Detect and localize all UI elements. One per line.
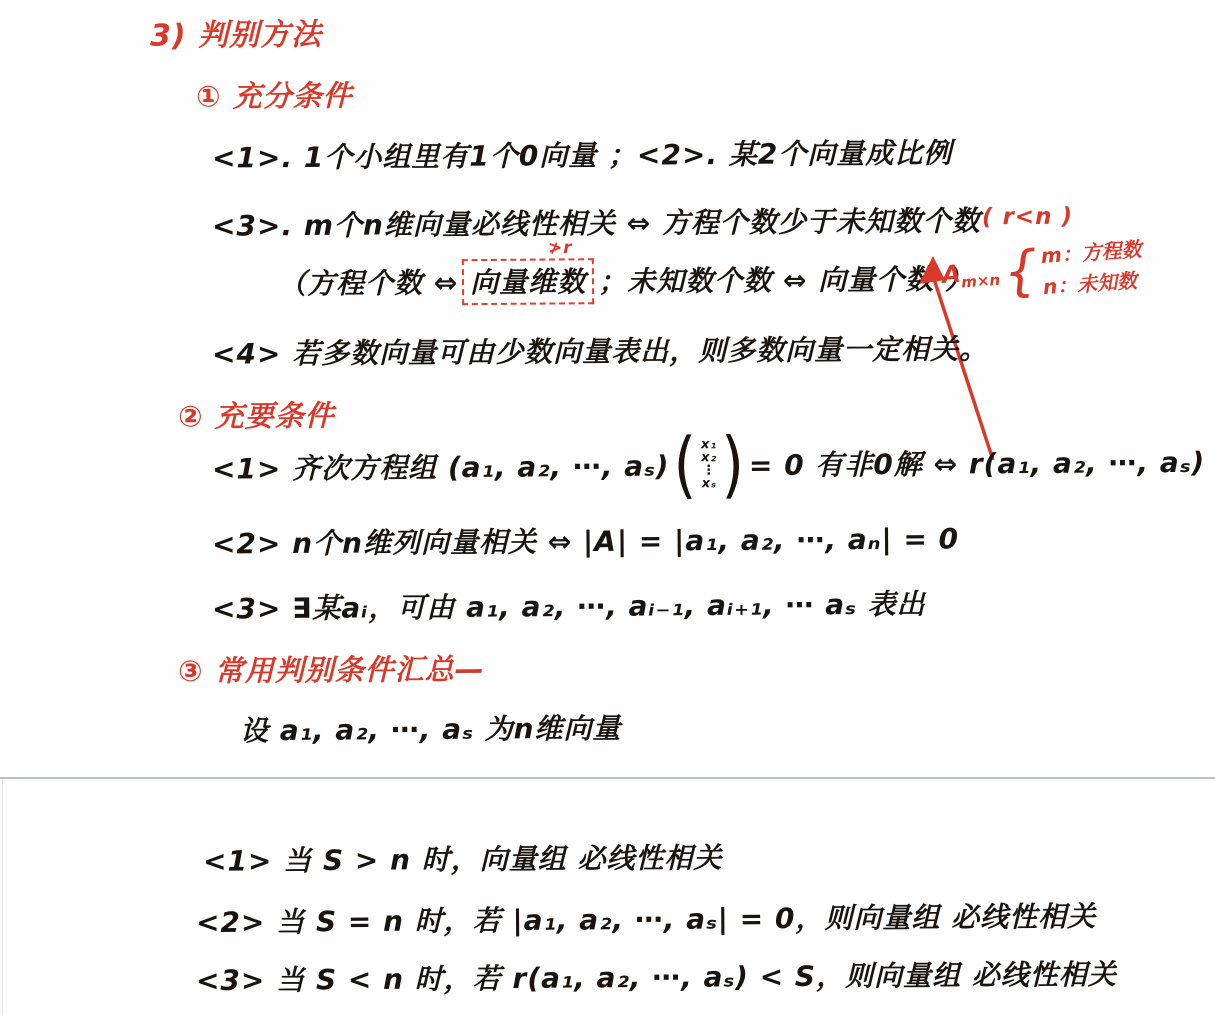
nonzero-solution-text: = 0 有非0解 ⇔ r(a₁, a₂, ⋯, aₛ) < S [749,440,1215,484]
vector-paren-right: ) [721,431,745,496]
n-meaning: n：未知数 [1042,264,1145,300]
column-vector: x₁ x₂ ⋮ xₛ [701,438,717,490]
matrix-legend: m：方程数 n：未知数 [1040,233,1145,300]
summary-setup: 设 a₁, a₂, ⋯, aₛ 为n维向量 [240,707,622,750]
handwritten-notes-page: 3) 判别方法 ① 充分条件 <1>. 1个小组里有1个0向量 ；<2>. 某2… [0,0,1215,1015]
page-divider [0,777,1215,779]
summary-case2: <2> 当 S = n 时，若 |a₁, a₂, ⋯, aₛ| = 0，则向量组… [196,895,1096,941]
m-meaning: m：方程数 [1040,233,1143,269]
summary-case3: <3> 当 S < n 时，若 r(a₁, a₂, ⋯, aₛ) < S，则向量… [196,953,1117,999]
necessary-item1: <1> 齐次方程组 (a₁, a₂, ⋯, aₛ) ( x₁ x₂ ⋮ xₛ )… [212,434,1215,494]
paren-note-line: （方程个数 ⇔向量维数；未知数个数 ⇔ 向量个数 ） [278,256,974,307]
box-correction-mark: ≯r [548,238,573,258]
sufficient-item4: <4> 若多数向量可由少数向量表出，则多数向量一定相关。 [212,327,988,372]
sufficient-item3: <3>. m个n维向量必线性相关 ⇔ 方程个数少于未知数个数 [212,199,981,244]
necessary-item2: <2> n个n维列向量相关 ⇔ |A| = |a₁, a₂, ⋯, aₙ| = … [212,517,959,562]
section3-heading: ③ 常用判别条件汇总— [178,647,485,690]
section2-heading: ② 充要条件 [178,393,335,435]
vector-paren-left: ( [673,432,697,497]
page-left-edge [2,779,3,1015]
sufficient-item1: <1>. 1个小组里有1个0向量 ；<2>. 某2个向量成比例 [212,131,953,176]
rank-note: ( r<n ) [982,204,1073,231]
note-title: 3) 判别方法 [150,9,322,54]
homog-system-text: <1> 齐次方程组 (a₁, a₂, ⋯, aₛ) [212,445,670,488]
paren-left-text: （方程个数 ⇔ [278,266,458,300]
section1-heading: ① 充分条件 [196,73,353,115]
necessary-item3: <3> ∃某aᵢ，可由 a₁, a₂, ⋯, aᵢ₋₁, aᵢ₊₁, ⋯ aₛ … [212,583,926,628]
summary-case1: <1> 当 S > n 时，向量组 必线性相关 [203,836,723,880]
boxed-term: 向量维数 [462,258,594,305]
